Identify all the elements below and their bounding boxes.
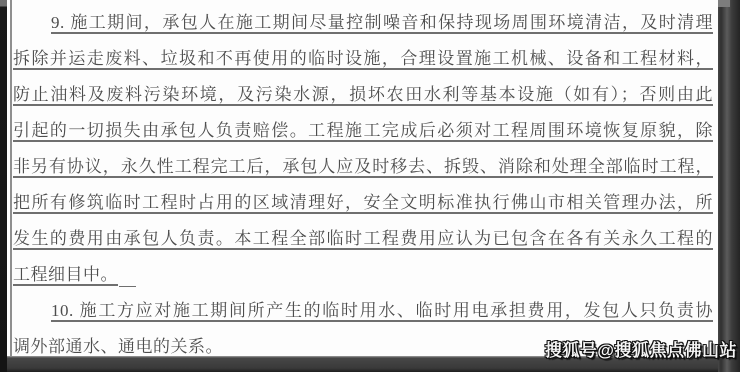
- text-line: 拆除并运走废料、垃圾和不再使用的临时设施，合理设置施工机械、设备和工程材料，: [13, 41, 713, 77]
- text-line: 10. 施工方应对施工期间所产生的临时用水、临时用电承担费用，发包人只负责协: [13, 293, 713, 329]
- text-line: 防止油料及废料污染环境，及污染水源，损坏农田水利等基本设施（如有）；否则由此: [13, 77, 713, 113]
- watermark: 搜狐号@搜狐焦点佛山站: [545, 336, 737, 361]
- scan-border-right: [718, 0, 740, 372]
- scan-border-left: [0, 0, 7, 372]
- text-line: 引起的一切损失由承包人负责赔偿。工程施工完成后必须对工程周围环境恢复原貌，除: [13, 113, 713, 149]
- scan-corner-highlight: [718, 0, 730, 7]
- page-rule-left: [10, 0, 12, 357]
- document-text: 9. 施工期间，承包人在施工期间尽量控制噪音和保持现场周围环境清洁，及时清理拆除…: [13, 5, 713, 365]
- text-line: 9. 施工期间，承包人在施工期间尽量控制噪音和保持现场周围环境清洁，及时清理: [13, 5, 713, 41]
- scanned-document-page: 9. 施工期间，承包人在施工期间尽量控制噪音和保持现场周围环境清洁，及时清理拆除…: [0, 0, 740, 372]
- text-line: 把所有修筑临时工程时占用的区域清理好，安全文明标准执行佛山市相关管理办法，所: [13, 185, 713, 221]
- text-line: 非另有协议，永久性工程完工后，承包人应及时移去、拆毁、消除和处理全部临时工程，: [13, 149, 713, 185]
- text-line: 工程细目中。: [13, 257, 713, 293]
- underline-extension: [119, 282, 136, 287]
- paragraph: 9. 施工期间，承包人在施工期间尽量控制噪音和保持现场周围环境清洁，及时清理拆除…: [13, 5, 713, 293]
- text-line: 发生的费用由承包人负责。本工程全部临时工程费用应认为已包含在各有关永久工程的: [13, 221, 713, 257]
